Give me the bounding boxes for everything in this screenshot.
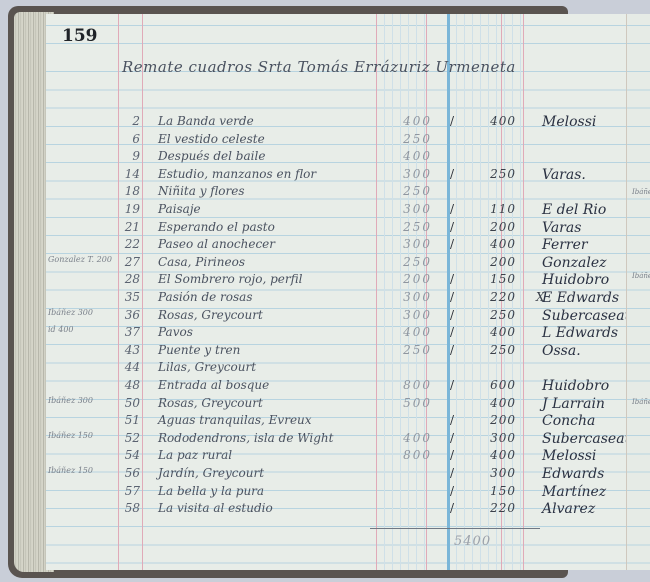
ledger-row: Ibáñez 30036Rosas, Greycourt300/250Suber…	[46, 308, 626, 326]
ledger-row: 6El vestido celeste250	[46, 132, 626, 150]
sale-price: 250	[472, 308, 516, 322]
lot-description: Paisaje	[158, 202, 201, 216]
ledger-row: 44Lilas, Greycourt	[46, 360, 626, 378]
lot-number: 54	[118, 448, 140, 462]
lot-description: La Banda verde	[158, 114, 254, 128]
sale-price: 300	[472, 431, 516, 445]
right-page-edge	[626, 14, 650, 570]
margin-note: Gonzalez T. 200	[48, 255, 120, 264]
buyer-signature: Gonzalez	[542, 255, 607, 271]
lot-number: 50	[118, 396, 140, 410]
estimate-amount: 300	[392, 308, 432, 322]
lot-number: 28	[118, 272, 140, 286]
lot-description: Jardín, Greycourt	[158, 466, 264, 480]
estimate-amount: 250	[392, 184, 432, 198]
lot-number: 44	[118, 360, 140, 374]
lot-number: 37	[118, 325, 140, 339]
ledger-row: 19Paisaje300/110E del Rio	[46, 202, 626, 220]
ledger-row: 43Puente y tren250/250Ossa.	[46, 343, 626, 361]
ledger-row: 35Pasión de rosas300/220XE Edwards	[46, 290, 626, 308]
sale-price: 150	[472, 272, 516, 286]
estimate-amount: 500	[392, 396, 432, 410]
check-mark: /	[450, 272, 454, 286]
lot-description: Esperando el pasto	[158, 220, 275, 234]
right-page-note: Ibáñez	[632, 398, 650, 406]
buyer-signature: E Edwards	[542, 290, 619, 306]
ledger-row: 18Niñita y flores250	[46, 184, 626, 202]
lot-number: 57	[118, 484, 140, 498]
check-mark: /	[450, 484, 454, 498]
lot-description: La paz rural	[158, 448, 232, 462]
ledger-row: Gonzalez T. 20027Casa, Pirineos250200Gon…	[46, 255, 626, 273]
ledger-row: 54La paz rural800/400Melossi	[46, 448, 626, 466]
lot-number: 19	[118, 202, 140, 216]
page-title: Remate cuadros Srta Tomás Errázuriz Urme…	[122, 58, 516, 76]
lot-description: Rosas, Greycourt	[158, 396, 263, 410]
buyer-signature: E del Rio	[542, 202, 606, 218]
check-mark: /	[450, 466, 454, 480]
lot-number: 35	[118, 290, 140, 304]
buyer-signature: Varas.	[542, 167, 586, 183]
buyer-signature: Concha	[542, 413, 595, 429]
check-mark: /	[450, 343, 454, 357]
check-mark: /	[450, 308, 454, 322]
buyer-signature: Melossi	[542, 114, 596, 130]
sale-price: 220	[472, 501, 516, 515]
check-mark: /	[450, 237, 454, 251]
buyer-signature: Ferrer	[542, 237, 588, 253]
lot-description: Después del baile	[158, 149, 265, 163]
total-rule	[370, 528, 540, 529]
sale-price: 110	[472, 202, 516, 216]
lot-description: Paseo al anochecer	[158, 237, 275, 251]
check-mark: /	[450, 220, 454, 234]
right-page-note: Ibáñez	[632, 188, 650, 196]
ledger-row: id 40037Pavos400/400L Edwards	[46, 325, 626, 343]
ledger-page: 159 Remate cuadros Srta Tomás Errázuriz …	[46, 14, 626, 570]
estimate-amount: 300	[392, 202, 432, 216]
estimate-amount: 400	[392, 325, 432, 339]
sale-price: 150	[472, 484, 516, 498]
check-mark: /	[450, 202, 454, 216]
lot-number: 27	[118, 255, 140, 269]
lot-description: Rododendrons, isla de Wight	[158, 431, 333, 445]
estimate-amount: 250	[392, 343, 432, 357]
lot-number: 2	[118, 114, 140, 128]
ledger-row: Ibáñez 15056Jardín, Greycourt/300Edwards	[46, 466, 626, 484]
margin-note: Ibáñez 150	[48, 431, 120, 440]
sale-price: 200	[472, 255, 516, 269]
sale-price: 250	[472, 343, 516, 357]
ledger-row: 51Aguas tranquilas, Evreux/200Concha	[46, 413, 626, 431]
buyer-signature: Melossi	[542, 448, 596, 464]
buyer-signature: Martínez	[542, 484, 606, 500]
lot-number: 22	[118, 237, 140, 251]
lot-number: 6	[118, 132, 140, 146]
check-mark: /	[450, 431, 454, 445]
check-mark: /	[450, 325, 454, 339]
lot-description: Puente y tren	[158, 343, 240, 357]
lot-description: Pasión de rosas	[158, 290, 252, 304]
lot-number: 58	[118, 501, 140, 515]
ledger-row: Ibáñez 15052Rododendrons, isla de Wight4…	[46, 431, 626, 449]
estimate-amount: 400	[392, 431, 432, 445]
lot-description: Estudio, manzanos en flor	[158, 167, 316, 181]
lot-number: 18	[118, 184, 140, 198]
check-mark: /	[450, 114, 454, 128]
check-mark: /	[450, 501, 454, 515]
buyer-signature: L Edwards	[542, 325, 618, 341]
right-page-note: Ibáñez	[632, 272, 650, 280]
lot-description: Entrada al bosque	[158, 378, 269, 392]
sale-price: 400	[472, 325, 516, 339]
sale-price: 400	[472, 396, 516, 410]
estimate-amount: 400	[392, 114, 432, 128]
lot-description: Aguas tranquilas, Evreux	[158, 413, 312, 427]
estimate-amount: 400	[392, 149, 432, 163]
ledger-row: 48Entrada al bosque800/600Huidobro	[46, 378, 626, 396]
check-mark: /	[450, 448, 454, 462]
lot-description: La bella y la pura	[158, 484, 264, 498]
margin-note: Ibáñez 300	[48, 308, 120, 317]
lot-description: Casa, Pirineos	[158, 255, 245, 269]
lot-number: 9	[118, 149, 140, 163]
lot-number: 51	[118, 413, 140, 427]
sale-price: 300	[472, 466, 516, 480]
sale-price: 220	[472, 290, 516, 304]
estimate-amount: 200	[392, 272, 432, 286]
buyer-signature: Huidobro	[542, 272, 609, 288]
estimate-amount: 300	[392, 167, 432, 181]
lot-description: El Sombrero rojo, perfil	[158, 272, 302, 286]
total-amount: 5400	[454, 534, 491, 549]
check-mark: /	[450, 290, 454, 304]
buyer-signature: Ossa.	[542, 343, 581, 359]
lot-description: Lilas, Greycourt	[158, 360, 256, 374]
lot-description: Niñita y flores	[158, 184, 245, 198]
lot-number: 14	[118, 167, 140, 181]
buyer-signature: Huidobro	[542, 378, 609, 394]
ledger-row: 21Esperando el pasto250/200Varas	[46, 220, 626, 238]
estimate-amount: 800	[392, 378, 432, 392]
lot-number: 48	[118, 378, 140, 392]
estimate-amount: 250	[392, 132, 432, 146]
sale-price: 400	[472, 114, 516, 128]
lot-description: Pavos	[158, 325, 193, 339]
sale-price: 200	[472, 220, 516, 234]
sale-price: 250	[472, 167, 516, 181]
buyer-signature: Edwards	[542, 466, 604, 482]
check-mark: /	[450, 413, 454, 427]
lot-number: 52	[118, 431, 140, 445]
estimate-amount: 800	[392, 448, 432, 462]
margin-note: Ibáñez 300	[48, 396, 120, 405]
estimate-amount: 250	[392, 255, 432, 269]
buyer-signature: Alvarez	[542, 501, 595, 517]
ledger-row: 14Estudio, manzanos en flor300/250Varas.	[46, 167, 626, 185]
ledger-row: 28El Sombrero rojo, perfil200/150Huidobr…	[46, 272, 626, 290]
check-mark: /	[450, 378, 454, 392]
lot-number: 36	[118, 308, 140, 322]
ledger-row: 58La visita al estudio/220Alvarez	[46, 501, 626, 519]
ledger-row: 57La bella y la pura/150Martínez	[46, 484, 626, 502]
estimate-amount: 300	[392, 290, 432, 304]
page-number: 159	[62, 26, 98, 46]
ledger-row: 22Paseo al anochecer300/400Ferrer	[46, 237, 626, 255]
buyer-signature: J Larrain	[542, 396, 605, 412]
sale-price: 400	[472, 237, 516, 251]
ledger-row: 2La Banda verde400/400Melossi	[46, 114, 626, 132]
lot-description: El vestido celeste	[158, 132, 265, 146]
sale-price: 400	[472, 448, 516, 462]
lot-number: 21	[118, 220, 140, 234]
ledger-row: 9Después del baile400	[46, 149, 626, 167]
lot-description: Rosas, Greycourt	[158, 308, 263, 322]
lot-description: La visita al estudio	[158, 501, 273, 515]
lot-number: 43	[118, 343, 140, 357]
lot-number: 56	[118, 466, 140, 480]
sale-price: 600	[472, 378, 516, 392]
margin-note: id 400	[48, 325, 120, 334]
sale-price: 200	[472, 413, 516, 427]
estimate-amount: 300	[392, 237, 432, 251]
estimate-amount: 250	[392, 220, 432, 234]
margin-note: Ibáñez 150	[48, 466, 120, 475]
check-mark: /	[450, 167, 454, 181]
ledger-row: Ibáñez 30050Rosas, Greycourt500400J Larr…	[46, 396, 626, 414]
buyer-signature: Varas	[542, 220, 581, 236]
